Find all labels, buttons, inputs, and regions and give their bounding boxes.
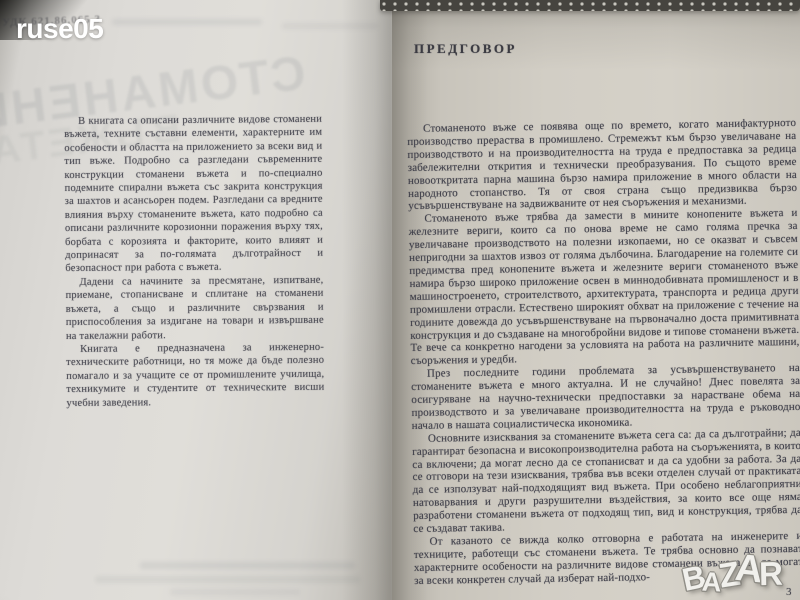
annotation-paragraph: Дадени са начините за пресмятане, изпитв…: [65, 274, 324, 343]
book-page-edges: [380, 0, 800, 11]
bazar-logo-letter: R: [759, 555, 784, 593]
bleed-through-smudge: [140, 562, 355, 569]
bleed-through-smudge: [95, 576, 360, 583]
annotation-paragraph: Книгата е предназначена за инженерно-тех…: [66, 341, 325, 410]
preface-heading: ПРЕДГОВОР: [414, 41, 517, 57]
book-photo: УДК 621.86.065.3 СТОМАНЕНИ ВЪЖЕТА В книг…: [0, 0, 800, 600]
preface-paragraph: Основните изисквания за стоманените въже…: [412, 427, 800, 536]
bazar-marketplace-logo: BAZAR: [681, 549, 784, 597]
bleed-through-smudge: [282, 23, 378, 29]
annotation-text-block: В книгата са описани различните видове с…: [64, 113, 325, 410]
bleed-through-smudge: [170, 589, 300, 595]
seller-watermark: ruse05: [16, 13, 103, 45]
preface-paragraph: През последните години проблемата за усъ…: [411, 362, 800, 433]
annotation-paragraph: В книгата са описани различните видове с…: [64, 113, 323, 276]
preface-paragraph: Стоманеното въже трябва да замести в мин…: [408, 207, 799, 368]
bleed-through-smudge: [112, 19, 262, 25]
preface-text-block: Стоманеното въже се появява още по време…: [407, 117, 800, 588]
preface-paragraph: Стоманеното въже се появява още по време…: [407, 117, 797, 213]
page-number: 3: [786, 586, 792, 598]
